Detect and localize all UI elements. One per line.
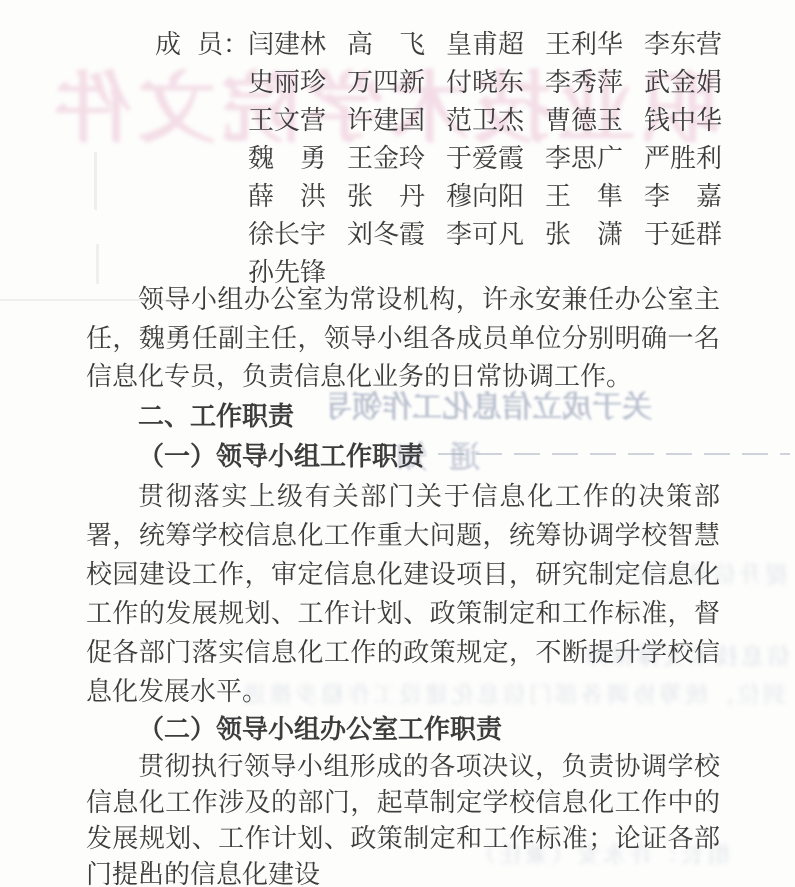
member-name: 王文营 <box>248 102 328 140</box>
member-name-list: 闫建林高 飞皇甫超王利华李东营史丽珍万四新付晓东李秀萍武金娟王文营许建国范卫杰曹… <box>248 26 724 292</box>
member-name: 许建国 <box>347 102 427 140</box>
member-name: 李秀萍 <box>545 64 625 102</box>
member-name: 于延群 <box>644 216 724 254</box>
member-name: 王 隼 <box>545 178 625 216</box>
member-name: 李 嘉 <box>644 178 724 216</box>
member-row: 史丽珍万四新付晓东李秀萍武金娟 <box>248 64 724 102</box>
member-row: 徐长宇刘冬霞李可凡张 潇于延群 <box>248 216 724 254</box>
member-name: 张 丹 <box>347 178 427 216</box>
member-name: 于爱霞 <box>446 140 526 178</box>
scanned-document-page: 职业技术学院文件 关于成立信息化工作领导小 通知 提升信息化水平信息技术支撑保障… <box>0 0 795 887</box>
member-row: 闫建林高 飞皇甫超王利华李东营 <box>248 26 724 64</box>
member-name: 王利华 <box>545 26 625 64</box>
member-name: 穆向阳 <box>446 178 526 216</box>
member-name: 武金娟 <box>644 64 724 102</box>
member-row: 薛 洪张 丹穆向阳王 隼李 嘉 <box>248 178 724 216</box>
member-label-cheng: 成 <box>155 26 181 64</box>
member-name: 高 飞 <box>347 26 427 64</box>
paragraph-office-setup: 领导小组办公室为常设机构，许永安兼任办公室主任，魏勇任副主任，领导小组各成员单位… <box>86 281 720 397</box>
member-name: 万四新 <box>347 64 427 102</box>
page-number: - 2 - <box>114 856 184 881</box>
heading-office-duties: （二）领导小组办公室工作职责 <box>86 711 720 749</box>
member-name: 李可凡 <box>446 216 526 254</box>
member-list-label: 成 员： <box>155 26 249 64</box>
member-name: 曹德玉 <box>545 102 625 140</box>
member-name: 徐长宇 <box>248 216 328 254</box>
member-name: 范卫杰 <box>446 102 526 140</box>
member-name: 严胜利 <box>644 140 724 178</box>
member-name: 魏 勇 <box>248 140 328 178</box>
member-row: 魏 勇王金玲于爱霞李思广严胜利 <box>248 140 724 178</box>
member-name: 史丽珍 <box>248 64 328 102</box>
member-name: 李东营 <box>644 26 724 64</box>
member-name: 付晓东 <box>446 64 526 102</box>
member-name: 王金玲 <box>347 140 427 178</box>
member-name: 皇甫超 <box>446 26 526 64</box>
member-name: 闫建林 <box>248 26 328 64</box>
member-name: 张 潇 <box>545 216 625 254</box>
member-name: 李思广 <box>545 140 625 178</box>
member-label-yuan: 员： <box>197 26 249 64</box>
document-content: 成 员： 闫建林高 飞皇甫超王利华李东营史丽珍万四新付晓东李秀萍武金娟王文营许建… <box>0 0 795 887</box>
document-body: 领导小组办公室为常设机构，许永安兼任办公室主任，魏勇任副主任，领导小组各成员单位… <box>86 281 720 887</box>
member-row: 王文营许建国范卫杰曹德玉钱中华 <box>248 102 724 140</box>
member-name: 刘冬霞 <box>347 216 427 254</box>
member-name: 薛 洪 <box>248 178 328 216</box>
heading-work-duties: 二、工作职责 <box>86 397 720 437</box>
heading-leading-group-duties: （一）领导小组工作职责 <box>86 437 720 477</box>
paragraph-leading-group-duties: 贯彻落实上级有关部门关于信息化工作的决策部署，统筹学校信息化工作重大问题，统筹协… <box>86 477 720 711</box>
member-name: 钱中华 <box>644 102 724 140</box>
